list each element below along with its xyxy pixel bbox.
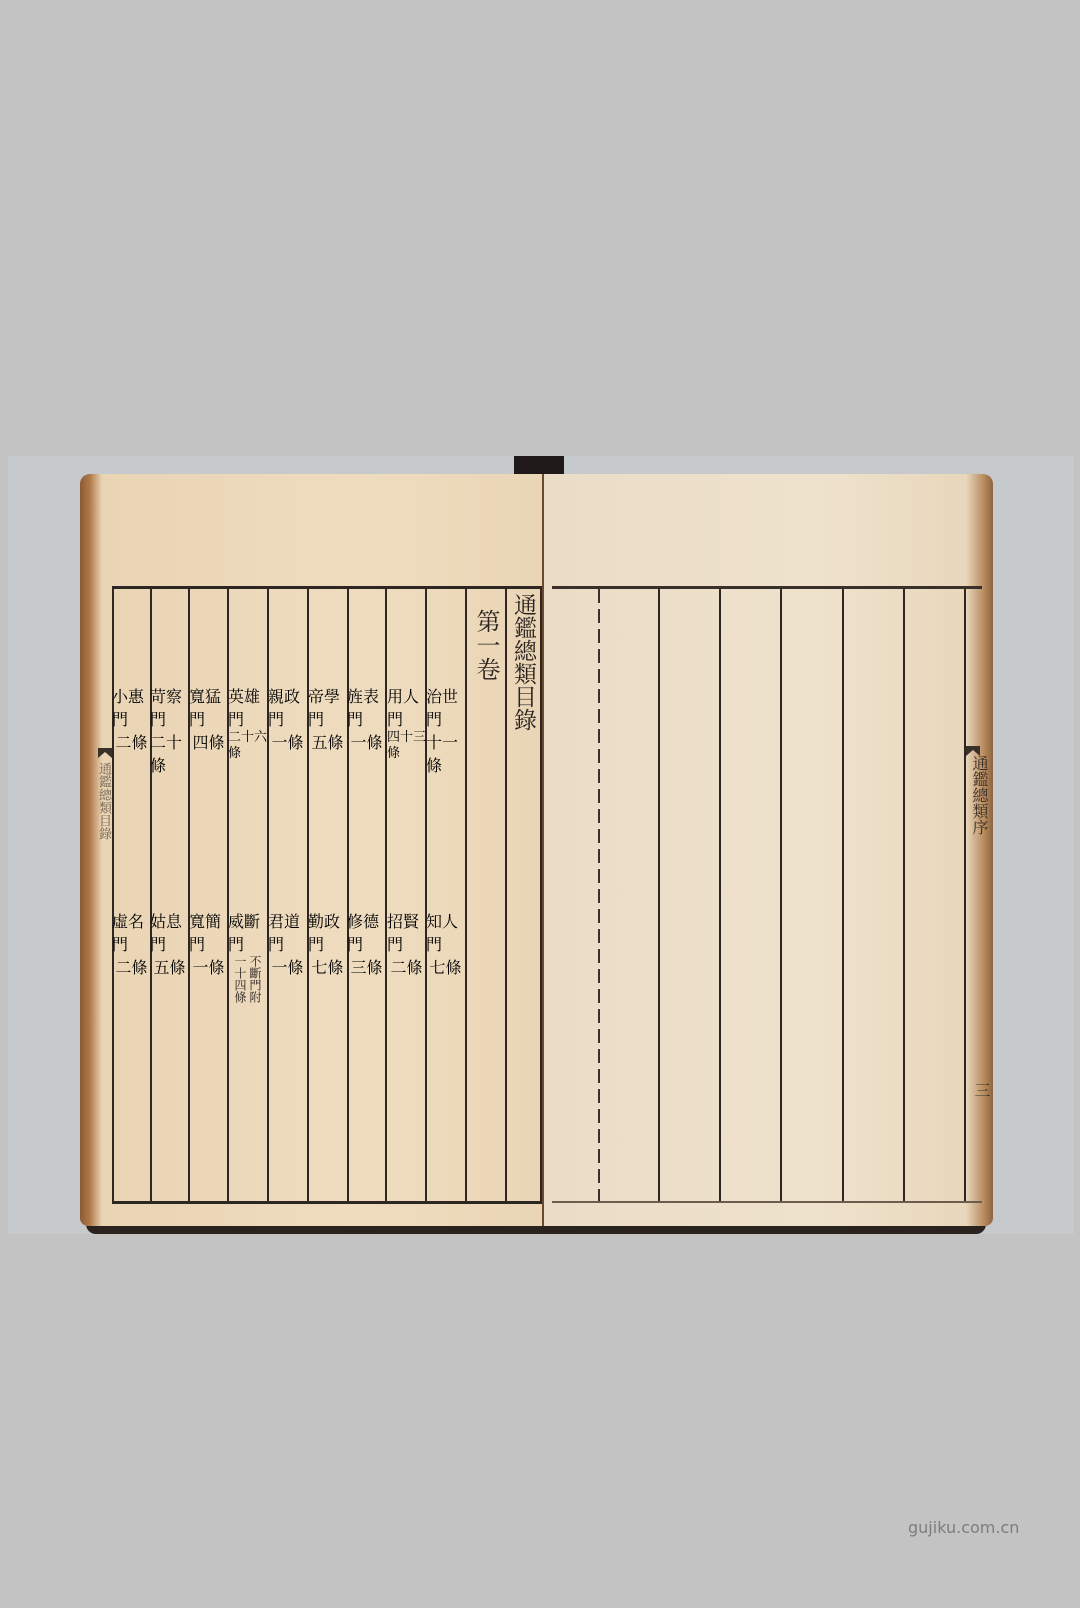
toc-entry[interactable]: 招賢門 二條 xyxy=(387,909,426,978)
column-rule xyxy=(188,589,190,1201)
column-rule xyxy=(964,589,966,1201)
column-rule xyxy=(598,589,600,1201)
toc-entry[interactable]: 小惠門 二條 xyxy=(112,684,151,753)
volume-column: 第一卷 xyxy=(466,609,505,681)
column-rule xyxy=(903,589,905,1201)
column-rule xyxy=(658,589,660,1201)
column-rule xyxy=(780,589,782,1201)
left-margin-title: 通鑑總類目錄 xyxy=(94,762,113,840)
toc-entry[interactable]: 苛察門 二十條 xyxy=(150,684,189,776)
right-margin-title: 通鑑總類序 xyxy=(968,755,991,835)
toc-entry[interactable]: 帝學門 五條 xyxy=(308,684,347,753)
toc-entry[interactable]: 勤政門 七條 xyxy=(308,909,347,978)
toc-title: 通鑑總類目錄 xyxy=(505,593,540,731)
double-line-annotation: 不斷門附 一十四條 xyxy=(233,955,262,1003)
column-rule xyxy=(112,589,114,1201)
toc-entry[interactable]: 英雄門 二十六條 xyxy=(228,684,267,762)
toc-entry[interactable]: 寬簡門 一條 xyxy=(189,909,228,978)
toc-entry[interactable]: 修德門 三條 xyxy=(347,909,386,978)
toc-entry[interactable]: 用人門 四十三條 xyxy=(387,684,426,762)
watermark: gujiku.com.cn xyxy=(908,1518,1019,1537)
toc-entry[interactable]: 旌表門 一條 xyxy=(347,684,386,753)
toc-entry[interactable]: 威斷門 不斷門附 一十四條 xyxy=(228,909,267,1003)
toc-title-column: 通鑑總類目錄 xyxy=(505,593,540,731)
toc-entry[interactable]: 君道門 一條 xyxy=(268,909,307,978)
blank-ruled-frame xyxy=(552,586,982,1203)
column-rule xyxy=(150,589,152,1201)
toc-entry[interactable]: 虛名門 二條 xyxy=(112,909,151,978)
column-rule xyxy=(227,589,229,1201)
contents-frame: 通鑑總類目錄 第一卷 治世門 十一條 用人門 四十三條 旌表門 一條 帝學門 五… xyxy=(112,586,542,1204)
volume-label: 第一卷 xyxy=(466,609,505,681)
book-spine xyxy=(542,474,544,1226)
column-rule xyxy=(719,589,721,1201)
column-rule xyxy=(347,589,349,1201)
column-rule xyxy=(425,589,427,1201)
toc-entry[interactable]: 知人門 七條 xyxy=(426,909,465,978)
toc-entry[interactable]: 親政門 一條 xyxy=(268,684,307,753)
toc-entry[interactable]: 治世門 十一條 xyxy=(426,684,465,776)
toc-entry[interactable]: 寬猛門 四條 xyxy=(189,684,228,753)
column-rule xyxy=(307,589,309,1201)
column-rule xyxy=(842,589,844,1201)
column-rule xyxy=(267,589,269,1201)
page-number: 三 xyxy=(970,1082,993,1098)
column-rule xyxy=(385,589,387,1201)
toc-entry[interactable]: 姑息門 五條 xyxy=(150,909,189,978)
